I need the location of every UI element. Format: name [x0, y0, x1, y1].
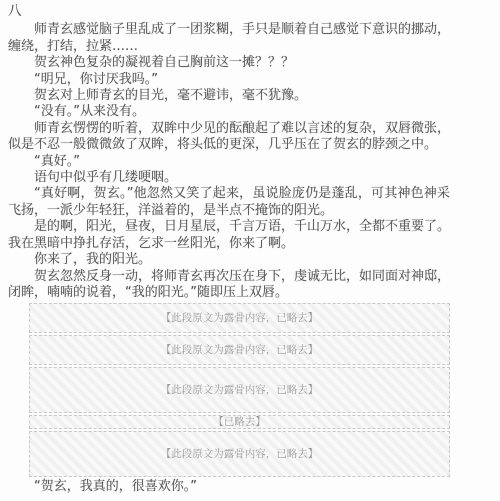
- paragraph: 贺玄神色复杂的凝视着自己胸前这一摊？？？: [8, 55, 450, 71]
- paragraph: 贺玄对上师青玄的目光，毫不避讳，毫不犹豫。: [8, 88, 450, 104]
- paragraph: 是的啊，阳光，昼夜，日月星辰，千言万语，千山万水，全都不重要了。我在黑暗中挣扎存…: [8, 219, 450, 252]
- paragraph: 师青玄感觉脑子里乱成了一团浆糊，手只是顺着自己感觉下意识的挪动，缠绕，打结，拉紧…: [8, 22, 450, 55]
- dialogue-paragraph: “贺玄，我真的，很喜欢你。”: [8, 479, 450, 495]
- redacted-passage: 【已略去】: [29, 415, 450, 429]
- redaction-label: 【此段原文为露骨内容，已略去】: [161, 342, 319, 358]
- paragraph: 师青玄愣愣的听着，双眸中少见的酝酿起了难以言述的复杂，双唇微张，似是不忍一般微微…: [8, 121, 450, 154]
- redacted-passage: 【此段原文为露骨内容，已略去】: [29, 367, 450, 413]
- redaction-label: 【此段原文为露骨内容，已略去】: [161, 310, 319, 326]
- paragraph: 你来了，我的阳光。: [8, 252, 450, 268]
- dialogue-paragraph: “没有。”从来没有。: [8, 104, 450, 120]
- paragraph: 贺玄忽然反身一动，将师青玄再次压在身下，虔诚无比，如同面对神邸，闭眸，喃喃的说着…: [8, 269, 450, 302]
- dialogue-paragraph: “真好。”: [8, 154, 450, 170]
- paragraph: 语句中似乎有几缕哽咽。: [8, 170, 450, 186]
- redaction-label: 【此段原文为露骨内容，已略去】: [161, 382, 319, 398]
- redacted-passage: 【此段原文为露骨内容，已略去】: [29, 335, 450, 365]
- redaction-label: 【此段原文为露骨内容，已略去】: [161, 446, 319, 462]
- dialogue-paragraph: “明兄，你讨厌我吗。”: [8, 72, 450, 88]
- redacted-passage: 【此段原文为露骨内容，已略去】: [29, 431, 450, 477]
- chapter-heading: 八: [8, 3, 450, 19]
- dialogue-paragraph: “真好啊，贺玄。”他忽然又笑了起来，虽说脸庞仍是蓬乱，可其神色神采飞扬，一派少年…: [8, 186, 450, 219]
- redacted-passage: 【此段原文为露骨内容，已略去】: [29, 303, 450, 333]
- redaction-label: 【已略去】: [213, 414, 266, 430]
- document-page: 八 师青玄感觉脑子里乱成了一团浆糊，手只是顺着自己感觉下意识的挪动，缠绕，打结，…: [0, 0, 500, 501]
